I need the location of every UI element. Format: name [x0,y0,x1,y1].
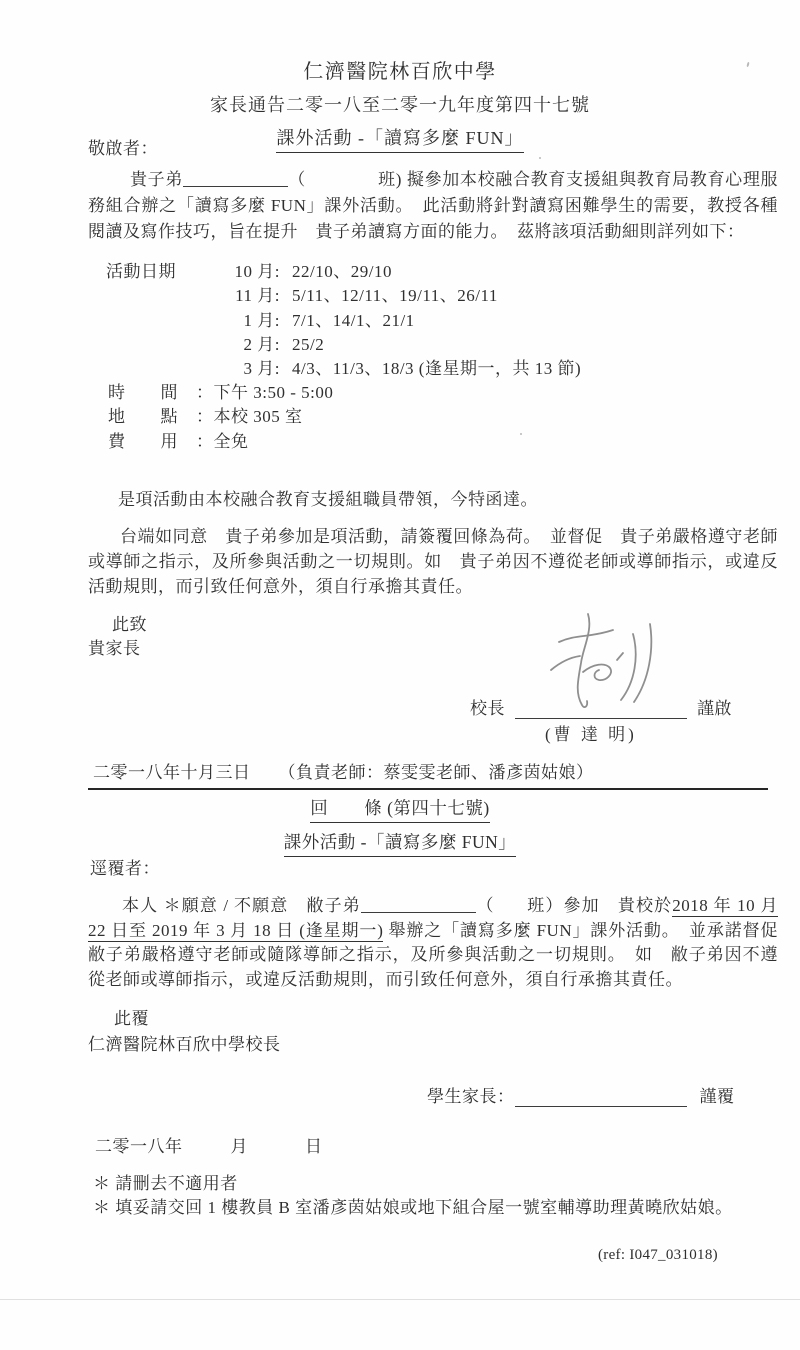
footnote-return-instructions: ＊ 填妥請交回 1 樓教員 B 室潘彥茵姑娘或地下組合屋一號室輔導助理黃曉欣姑娘… [93,1196,733,1220]
class-bracket-open: （ [288,170,306,189]
reply-closing-cifu: 此覆 [114,1006,149,1032]
schedule-dates: 5/11、12/11、19/11、26/11 [292,284,498,308]
reply-slip-title: 回 條 (第四十七號) [0,795,800,823]
scanned-notice-page: 仁濟醫院林百欣中學 家長通告二零一八至二零一九年度第四十七號 課外活動 -「讀寫… [0,0,800,1350]
salutation: 敬啟者： [88,136,158,162]
activity-details: 時 間 ：下午 3:50 - 5:00 地 點 ：本校 305 室 費 用 ：全… [108,381,333,454]
detail-label: 地 點 [108,405,196,429]
schedule-dates: 7/1、14/1、21/1 [292,309,415,333]
schedule-month: 10 月: [228,260,280,284]
teachers-line: （負責老師：蔡雯雯老師、潘彥茵姑娘） [279,760,594,786]
paragraph-3: 台端如同意 貴子弟參加是項活動，請簽覆回條為荷。 並督促 貴子弟嚴格遵守老師或導… [88,525,778,599]
detail-row-time: 時 間 ：下午 3:50 - 5:00 [108,381,333,405]
reply-date-year: 二零一八年 [95,1137,183,1156]
reply-date-line: 二零一八年月日 [95,1134,323,1160]
schedule-row: 1 月: 7/1、14/1、21/1 [106,309,581,333]
principal-name: (曹 達 明) [545,720,637,745]
school-name: 仁濟醫院林百欣中學 [0,55,800,84]
issue-date: 二零一八年十月三日 [93,760,251,786]
schedule-row: 活動日期 10 月: 22/10、29/10 [106,260,581,284]
divider-rule [88,788,768,790]
paragraph-1-lead: 貴子弟 [130,170,183,189]
class-blank [306,168,378,185]
reply-slip-subtitle: 課外活動 -「讀寫多麼 FUN」 [0,829,800,857]
closing-recipient: 貴家長 [88,636,141,662]
schedule-month: 3 月: [228,357,280,381]
reply-paragraph: 本人 ＊願意 / 不願意 敝子弟（班）參加 貴校於2018 年 10 月 22 … [88,894,778,992]
schedule-label: 活動日期 [106,260,228,284]
parent-signature-line [515,1089,687,1107]
detail-row-fee: 費 用 ：全免 [108,430,333,454]
principal-honorific: 謹啟 [697,694,732,719]
reply-class-bracket-close: 班）參加 貴校於 [527,896,673,915]
schedule-row: 11 月: 5/11、12/11、19/11、26/11 [106,284,581,308]
parent-sign-row: 學生家長： 謹覆 [427,1082,735,1107]
reply-lead: 本人 ＊願意 / 不願意 敝子弟 [122,896,361,915]
principal-sign-row: 校長 謹啟 [470,694,732,719]
reply-student-name-blank [361,895,476,913]
principal-signature-line [515,701,687,719]
scan-speck [520,433,522,435]
schedule-dates: 22/10、29/10 [292,260,392,284]
scan-artifact-line [0,1299,800,1300]
paragraph-1: 貴子弟（班) 擬參加本校融合教育支援組與教育局教育心理服務組合辦之「讀寫多麼 F… [88,167,778,245]
ref-number: (ref: I047_031018) [598,1247,718,1264]
reply-slip-header: 回 條 (第四十七號) 課外活動 -「讀寫多麼 FUN」 [0,795,800,857]
schedule-dates: 4/3、11/3、18/3 (逢星期一，共 13 節) [292,357,581,381]
reply-class-blank [495,894,527,911]
detail-row-venue: 地 點 ：本校 305 室 [108,405,333,429]
activity-schedule: 活動日期 10 月: 22/10、29/10 11 月: 5/11、12/11、… [106,260,581,381]
scan-speck [539,157,541,159]
detail-value: ：全免 [196,430,249,454]
footnote-delete-inapplicable: ＊ 請刪去不適用者 [93,1172,733,1196]
schedule-month: 1 月: [228,309,280,333]
detail-value: ：本校 305 室 [196,405,303,429]
reply-class-bracket-open: （ [476,896,495,915]
schedule-month: 11 月: [228,284,280,308]
parent-honorific: 謹覆 [700,1082,735,1107]
footnotes: ＊ 請刪去不適用者 ＊ 填妥請交回 1 樓教員 B 室潘彥茵姑娘或地下組合屋一號… [93,1172,733,1220]
detail-label: 時 間 [108,381,196,405]
notice-number-line: 家長通告二零一八至二零一九年度第四十七號 [0,91,800,117]
class-bracket-close: 班) [378,170,407,189]
reply-salutation: 逕覆者： [90,856,160,882]
paragraph-2: 是項活動由本校融合教育支援組職員帶領，今特函達。 [88,487,778,513]
schedule-row: 2 月: 25/2 [106,333,581,357]
schedule-dates: 25/2 [292,333,324,357]
detail-label: 費 用 [108,430,196,454]
parent-sign-label: 學生家長： [427,1082,515,1107]
student-name-blank [183,169,288,187]
principal-label: 校長 [470,694,505,719]
issue-date-line: 二零一八年十月三日 （負責老師：蔡雯雯老師、潘彥茵姑娘） [93,760,594,786]
schedule-row: 3 月: 4/3、11/3、18/3 (逢星期一，共 13 節) [106,357,581,381]
detail-value: ：下午 3:50 - 5:00 [196,381,333,405]
reply-recipient: 仁濟醫院林百欣中學校長 [88,1032,281,1058]
reply-date-month: 月 [231,1137,249,1156]
closing-cizhi: 此致 [112,612,147,638]
schedule-month: 2 月: [228,333,280,357]
reply-date-day: 日 [305,1137,323,1156]
subject-line-text: 課外活動 -「讀寫多麼 FUN」 [276,124,523,153]
